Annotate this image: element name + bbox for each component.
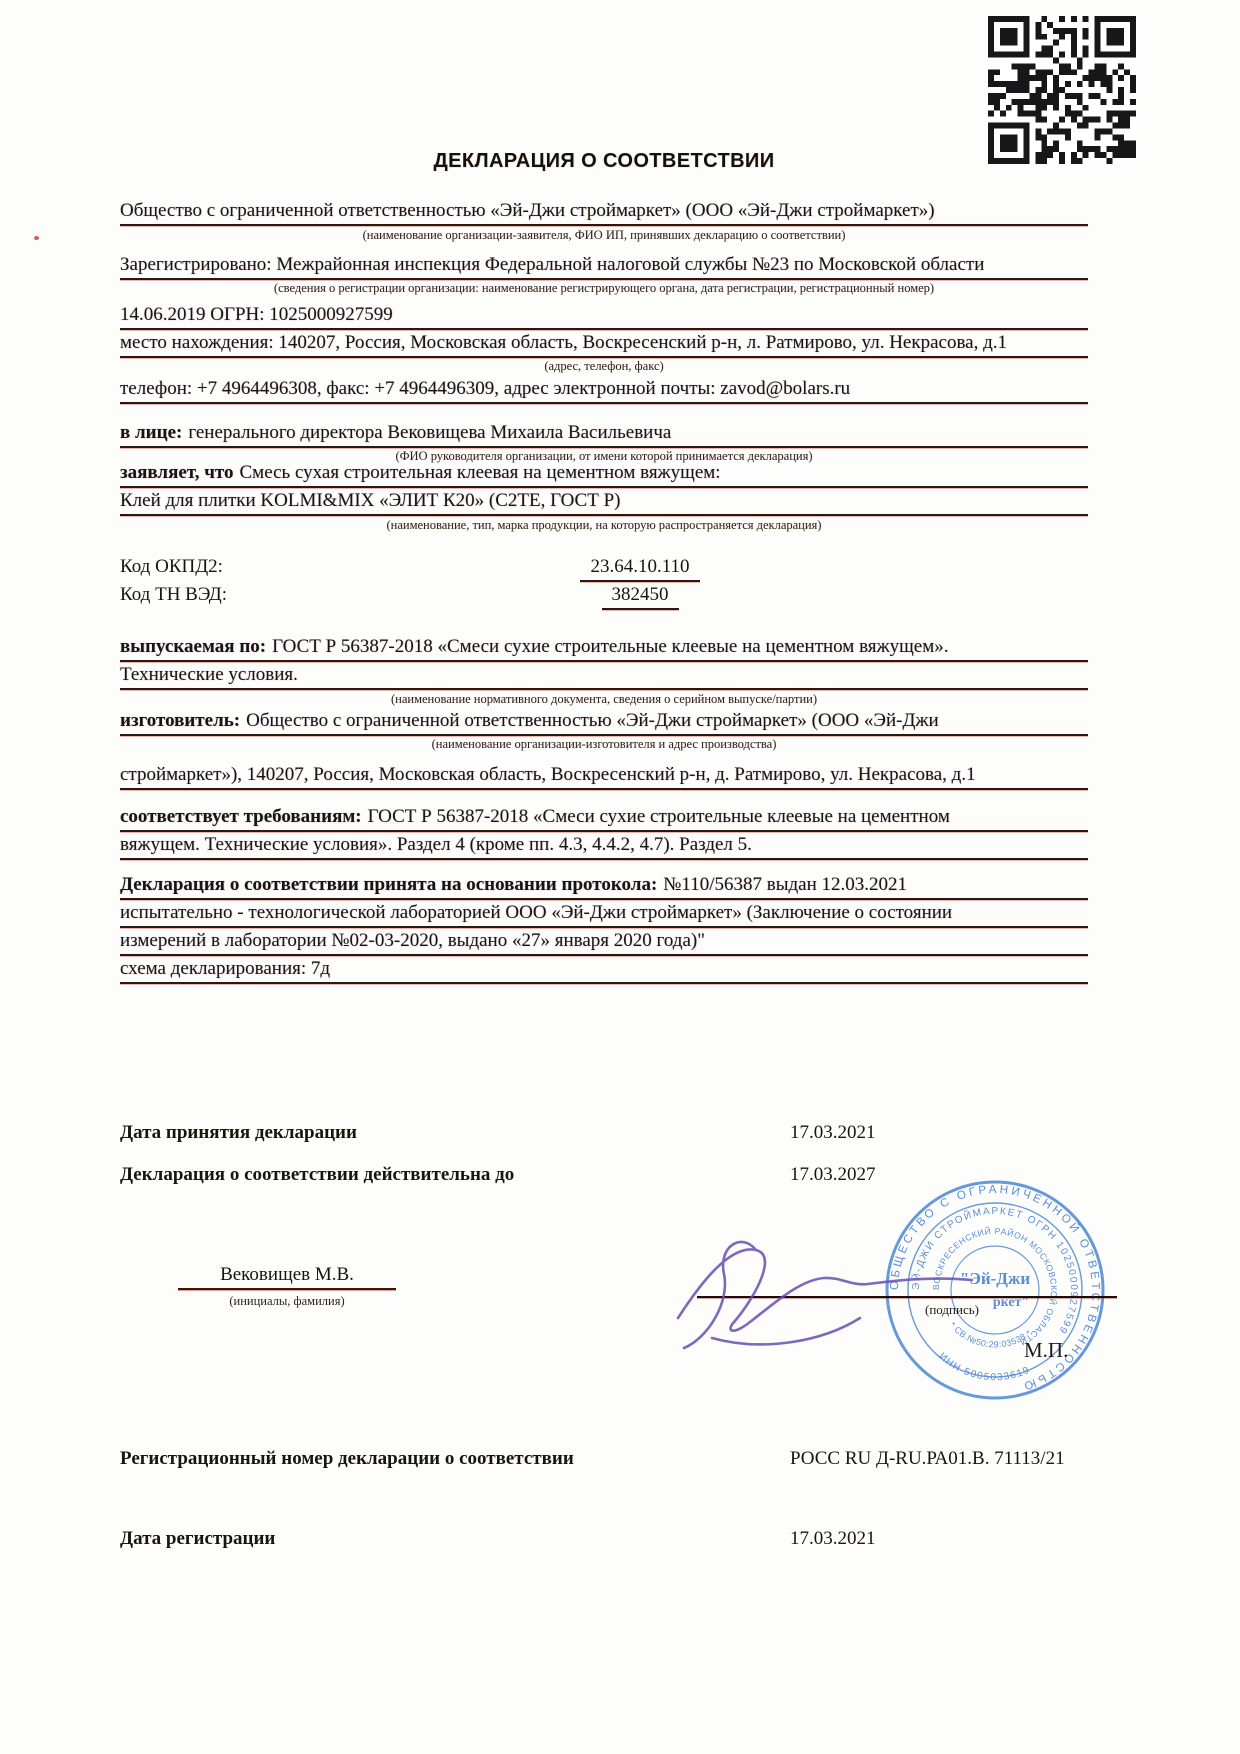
tnved-label: Код ТН ВЭД: — [120, 582, 227, 608]
valid-until-label: Декларация о соответствии действительна … — [120, 1162, 514, 1188]
applicant-caption: (наименование организации-заявителя, ФИО… — [120, 228, 1088, 243]
manufacturer-line1: изготовитель:Общество с ограниченной отв… — [120, 708, 1088, 736]
produced-label: выпускаемая по: — [120, 636, 266, 657]
reg-date-value: 17.03.2021 — [790, 1526, 876, 1552]
reg-number-label: Регистрационный номер декларации о соотв… — [120, 1446, 574, 1472]
representative-value: генерального директора Вековищева Михаил… — [188, 422, 671, 443]
registration-caption: (сведения о регистрации организации: наи… — [120, 281, 1088, 296]
manufacturer-label: изготовитель: — [120, 710, 240, 731]
manufacturer-value1: Общество с ограниченной ответственностью… — [246, 710, 939, 731]
stamp-place-label: М.П. — [1024, 1338, 1068, 1363]
basis-line3: измерений в лаборатории №02-03-2020, выд… — [120, 928, 1088, 956]
registration-line: Зарегистрировано: Межрайонная инспекция … — [120, 252, 1088, 280]
location-line: место нахождения: 140207, Россия, Москов… — [120, 330, 1088, 358]
svg-text:ИНН 5005033619: ИНН 5005033619 — [936, 1351, 1032, 1383]
manufacturer-caption: (наименование организации-изготовителя и… — [120, 737, 1088, 752]
contacts-line: телефон: +7 4964496308, факс: +7 4964496… — [120, 376, 1088, 404]
manufacturer-line2: строймаркет»), 140207, Россия, Московска… — [120, 762, 1088, 790]
produced-caption: (наименование нормативного документа, св… — [120, 692, 1088, 707]
basis-value: №110/56387 выдан 12.03.2021 — [663, 874, 907, 895]
location-caption: (адрес, телефон, факс) — [120, 359, 1088, 374]
basis-line1: Декларация о соответствии принята на осн… — [120, 872, 1088, 900]
adoption-date-label: Дата принятия декларации — [120, 1120, 357, 1146]
declares-value: Смесь сухая строительная клеевая на цеме… — [240, 462, 721, 483]
basis-label: Декларация о соответствии принята на осн… — [120, 874, 657, 895]
compliance-value1: ГОСТ Р 56387-2018 «Смеси сухие строитель… — [368, 806, 950, 827]
reg-date-label: Дата регистрации — [120, 1526, 275, 1552]
okpd2-label: Код ОКПД2: — [120, 554, 223, 580]
produced-line1: выпускаемая по:ГОСТ Р 56387-2018 «Смеси … — [120, 634, 1088, 662]
signatory-name: Вековищев М.В. — [178, 1262, 396, 1290]
product-line: Клей для плитки KOLMI&MIX «ЭЛИТ К20» (С2… — [120, 488, 1088, 516]
qr-code — [988, 16, 1136, 164]
basis-scheme-line: схема декларирования: 7д — [120, 956, 1088, 984]
reg-number-value: РОСС RU Д-RU.РА01.В. 71113/21 — [790, 1446, 1065, 1472]
okpd2-value: 23.64.10.110 — [520, 554, 760, 582]
basis-line2: испытательно - технологической лаборатор… — [120, 900, 1088, 928]
document-title: ДЕКЛАРАЦИЯ О СООТВЕТСТВИИ — [120, 150, 1088, 173]
compliance-line2: вяжущем. Технические условия». Раздел 4 … — [120, 832, 1088, 860]
applicant-line: Общество с ограниченной ответственностью… — [120, 198, 1088, 226]
scan-speck — [34, 236, 39, 240]
declares-line: заявляет, чтоСмесь сухая строительная кл… — [120, 460, 1088, 488]
adoption-date-value: 17.03.2021 — [790, 1120, 876, 1146]
stamp-inn-text: ИНН 5005033619 — [936, 1351, 1032, 1383]
handwritten-signature — [672, 1220, 992, 1352]
representative-line: в лице:генерального директора Вековищева… — [120, 420, 1088, 448]
representative-label: в лице: — [120, 422, 182, 443]
produced-line2: Технические условия. — [120, 662, 1088, 690]
ogrn-line: 14.06.2019 ОГРН: 1025000927599 — [120, 302, 1088, 330]
document-page: ДЕКЛАРАЦИЯ О СООТВЕТСТВИИ Общество с огр… — [0, 0, 1240, 1754]
compliance-label: соответствует требованиям: — [120, 806, 362, 827]
valid-until-value: 17.03.2027 — [790, 1162, 876, 1188]
tnved-value: 382450 — [520, 582, 760, 610]
declares-label: заявляет, что — [120, 462, 234, 483]
signatory-name-caption: (инициалы, фамилия) — [178, 1294, 396, 1309]
produced-value1: ГОСТ Р 56387-2018 «Смеси сухие строитель… — [272, 636, 948, 657]
product-caption: (наименование, тип, марка продукции, на … — [120, 518, 1088, 533]
compliance-line1: соответствует требованиям:ГОСТ Р 56387-2… — [120, 804, 1088, 832]
